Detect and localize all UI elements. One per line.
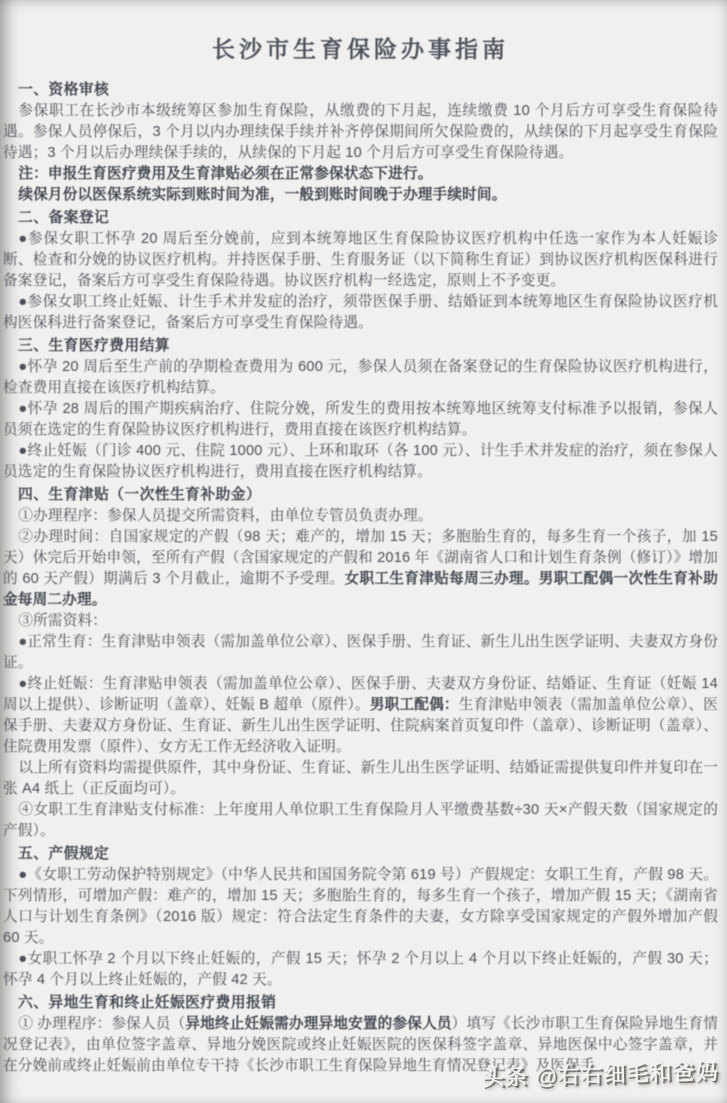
section-heading: 五、产假规定 [3, 844, 718, 865]
text-run: ●参保女职工怀孕 20 周后至分娩前，应到本统筹地区生育保险协议医疗机构中任选一… [3, 231, 718, 289]
text-run: 异地终止妊娠需办理异地安置的参保人员 [185, 1016, 451, 1032]
paragraph: ①办理程序：参保人员提交所需资料，由单位专管员负责办理。 [3, 506, 718, 527]
paragraph: ●正常生育：生育津贴申领表（需加盖单位公章）、医保手册、生育证、新生儿出生医学证… [3, 632, 718, 674]
text-run: ③所需资料： [18, 613, 107, 629]
paragraph: ●终止妊娠（门诊 400 元、住院 1000 元）、上环和取环（各 100 元）… [3, 441, 718, 483]
paragraph: 续保月份以医保系统实际到账时间为准，一般到账时间晚于办理手续时间。 [3, 185, 718, 206]
text-run: ①办理程序：参保人员提交所需资料，由单位专管员负责办理。 [18, 508, 432, 524]
document-title: 长沙市生育保险办事指南 [3, 34, 718, 64]
paragraph: ●怀孕 28 周后的围产期疾病治疗、住院分娩，所发生的费用按本统筹地区统筹支付标… [3, 399, 718, 441]
document-sections: 一、资格审核参保职工在长沙市本级统筹区参加生育保险，从缴费的下月起，连续缴费 1… [3, 80, 718, 1077]
text-run: 注：申报生育医疗费用及生育津贴必须在正常参保状态下进行。 [18, 166, 432, 182]
paragraph: 注：申报生育医疗费用及生育津贴必须在正常参保状态下进行。 [3, 164, 718, 185]
paragraph: ③所需资料： [3, 611, 718, 632]
paragraph: 参保职工在长沙市本级统筹区参加生育保险，从缴费的下月起，连续缴费 10 个月后方… [3, 101, 718, 164]
text-run: ●女职工怀孕 2 个月以下终止妊娠的，产假 15 天；怀孕 2 个月以上 4 个… [3, 951, 718, 988]
section-heading: 三、生育医疗费用结算 [3, 336, 718, 357]
text-run: 续保月份以医保系统实际到账时间为准，一般到账时间晚于办理手续时间。 [18, 187, 506, 203]
paragraph: ②办理时间：自国家规定的产假（98 天；难产的，增加 15 天；多胞胎生育的，每… [3, 527, 718, 611]
text-run: ●参保女职工终止妊娠、计生手术并发症的治疗，须带医保手册、结婚证到本统筹地区生育… [3, 294, 718, 331]
text-run: ●《女职工劳动保护特别规定》（中华人民共和国国务院令第 619 号）产假规定：女… [3, 867, 718, 946]
document-content: 长沙市生育保险办事指南 一、资格审核参保职工在长沙市本级统筹区参加生育保险，从缴… [0, 0, 727, 1103]
paragraph: ●怀孕 20 周后至生产前的孕期检查费用为 600 元，参保人员须在备案登记的生… [3, 357, 718, 399]
text-run: ④女职工生育津贴支付标准：上年度用人单位职工生育保险月人平缴费基数÷30 天×产… [3, 802, 718, 839]
section-heading: 一、资格审核 [3, 80, 718, 101]
paragraph: ●女职工怀孕 2 个月以下终止妊娠的，产假 15 天；怀孕 2 个月以上 4 个… [3, 949, 718, 991]
text-run: ●怀孕 20 周后至生产前的孕期检查费用为 600 元，参保人员须在备案登记的生… [3, 359, 718, 396]
section-heading: 六、异地生育和终止妊娠医疗费用报销 [3, 993, 718, 1014]
paragraph: 以上所有资料均需提供原件，其中身份证、生育证、新生儿出生医学证明、结婚证需提供复… [3, 758, 718, 800]
paragraph: ●终止妊娠：生育津贴申领表（需加盖单位公章）、医保手册、夫妻双方身份证、结婚证、… [3, 674, 718, 758]
paragraph: ●参保女职工终止妊娠、计生手术并发症的治疗，须带医保手册、结婚证到本统筹地区生育… [3, 292, 718, 334]
toutiao-watermark: 头条 @右右细毛和爸妈 [482, 1055, 719, 1092]
section-heading: 二、备案登记 [3, 208, 718, 229]
paragraph: ●《女职工劳动保护特别规定》（中华人民共和国国务院令第 619 号）产假规定：女… [3, 865, 718, 949]
section-heading: 四、生育津贴（一次性生育补助金） [3, 485, 718, 506]
text-run: 参保职工在长沙市本级统筹区参加生育保险，从缴费的下月起，连续缴费 10 个月后方… [3, 103, 718, 161]
text-run: ① 办理程序：参保人员（ [18, 1016, 185, 1032]
text-run: ●正常生育：生育津贴申领表（需加盖单位公章）、医保手册、生育证、新生儿出生医学证… [3, 634, 718, 671]
paragraph: ●参保女职工怀孕 20 周后至分娩前，应到本统筹地区生育保险协议医疗机构中任选一… [3, 229, 718, 292]
text-run: 男职工配偶： [370, 697, 459, 713]
text-run: ●怀孕 28 周后的围产期疾病治疗、住院分娩，所发生的费用按本统筹地区统筹支付标… [3, 401, 718, 438]
paragraph: ④女职工生育津贴支付标准：上年度用人单位职工生育保险月人平缴费基数÷30 天×产… [3, 800, 718, 842]
text-run: 以上所有资料均需提供原件，其中身份证、生育证、新生儿出生医学证明、结婚证需提供复… [3, 760, 718, 797]
scanned-document-page: 长沙市生育保险办事指南 一、资格审核参保职工在长沙市本级统筹区参加生育保险，从缴… [0, 0, 727, 1103]
text-run: ●终止妊娠（门诊 400 元、住院 1000 元）、上环和取环（各 100 元）… [3, 443, 718, 480]
